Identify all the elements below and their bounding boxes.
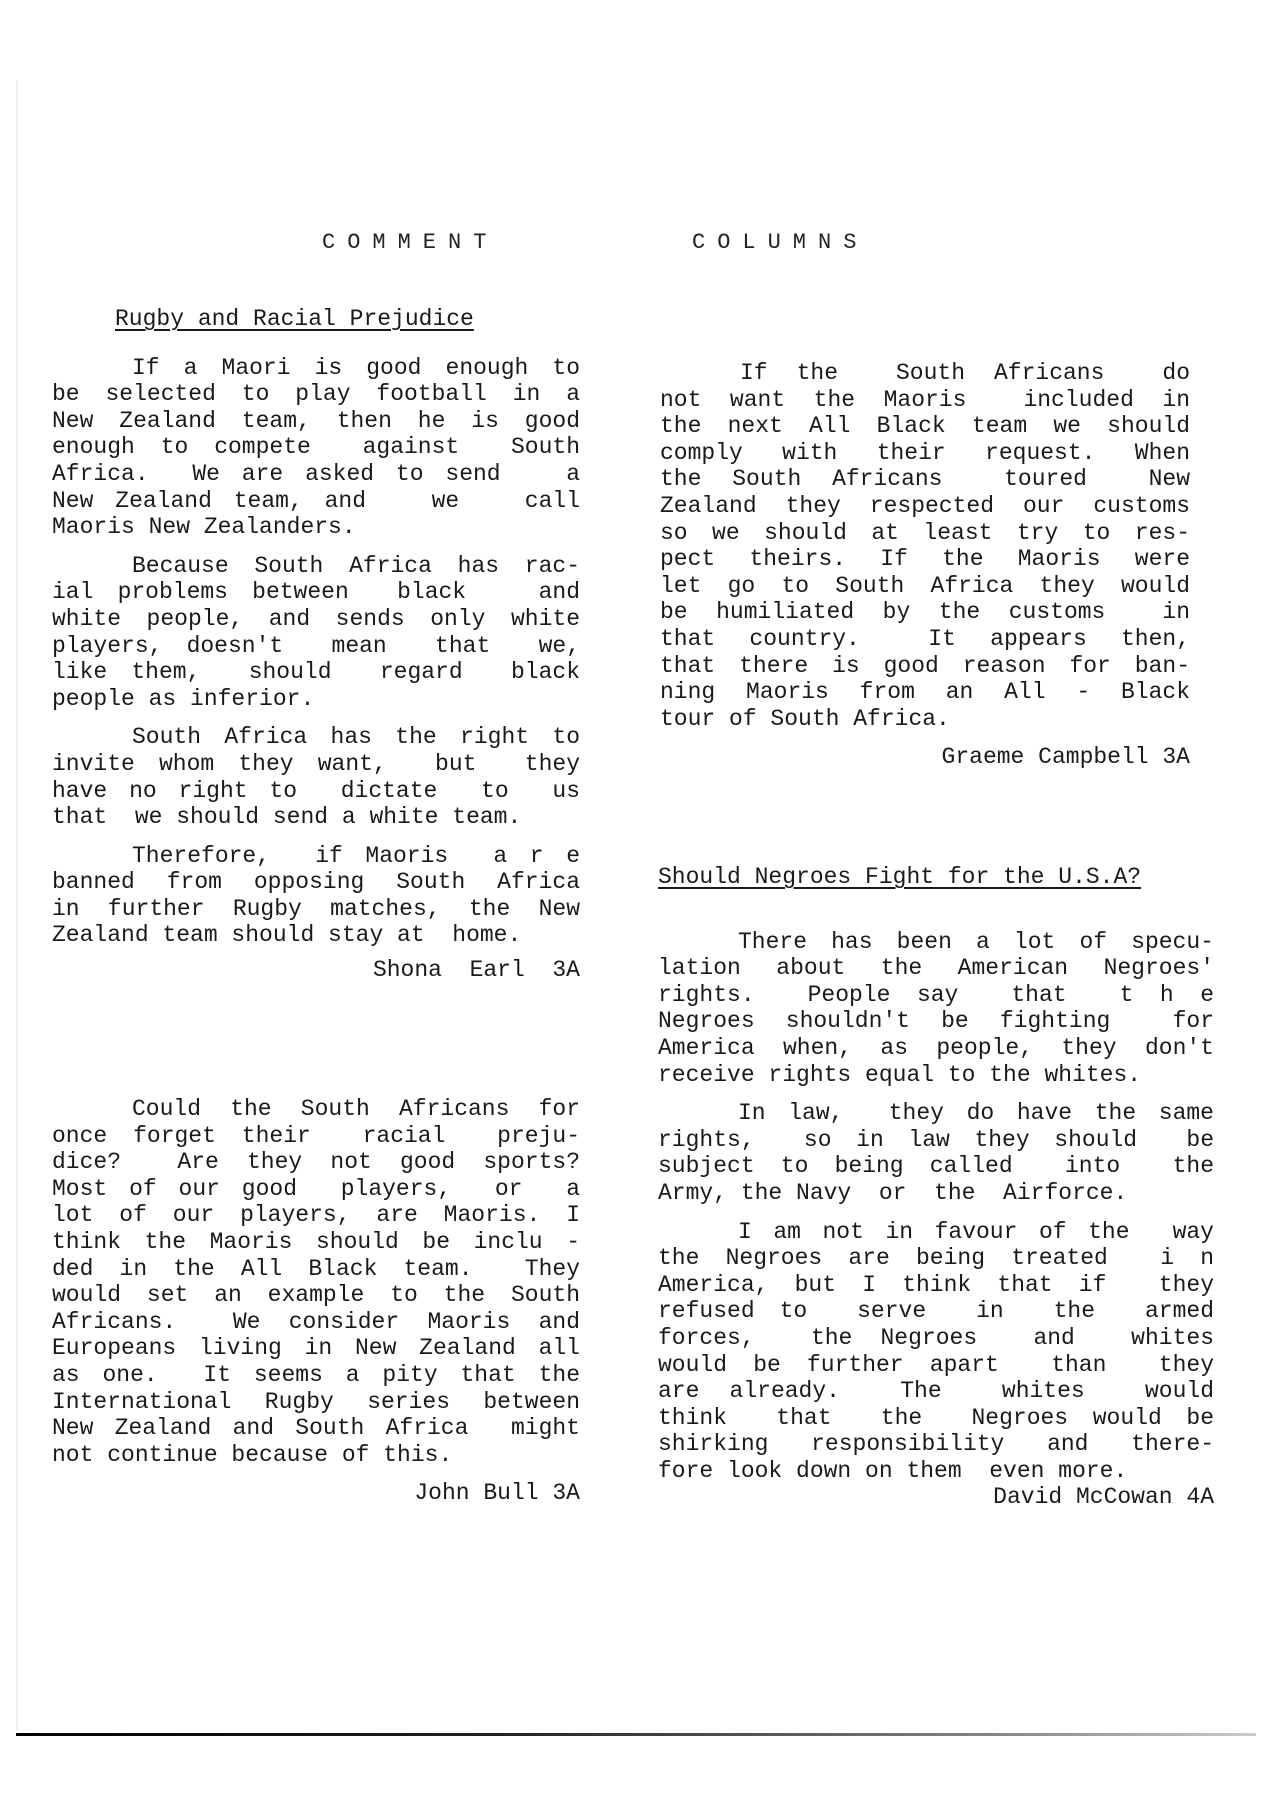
- text-line: I am not in favour of the way: [658, 1219, 1214, 1246]
- paragraph: Therefore, if Maoris a r ebanned from op…: [52, 843, 580, 949]
- text-line: as one. It seems a pity that the: [52, 1362, 580, 1389]
- text-line: International Rugby series between: [52, 1389, 580, 1416]
- text-line: In law, they do have the same: [658, 1100, 1214, 1127]
- paragraph: If the South Africans donot want the Mao…: [660, 360, 1190, 732]
- text-line: think that the Negroes would be: [658, 1405, 1214, 1432]
- text-line: If the South Africans do: [660, 360, 1190, 387]
- text-line: have no right to dictate to us: [52, 778, 580, 805]
- text-line: lation about the American Negroes': [658, 955, 1214, 982]
- text-line: ded in the All Black team. They: [52, 1256, 580, 1283]
- article-signature: John Bull 3A: [52, 1480, 580, 1507]
- text-line: the South Africans toured New: [660, 466, 1190, 493]
- text-line: be selected to play football in a: [52, 381, 580, 408]
- page-title-left: COMMENT: [322, 230, 498, 255]
- text-line: Zealand team should stay at home.: [52, 922, 580, 949]
- paragraph: South Africa has the right toinvite whom…: [52, 724, 580, 830]
- text-line: the Negroes are being treated i n: [658, 1245, 1214, 1272]
- text-line: America when, as people, they don't: [658, 1035, 1214, 1062]
- text-line: receive rights equal to the whites.: [658, 1062, 1214, 1089]
- paragraph: If a Maori is good enough tobe selected …: [52, 355, 580, 541]
- text-line: comply with their request. When: [660, 440, 1190, 467]
- article-signature: David McCowan 4A: [658, 1484, 1214, 1511]
- text-line: Could the South Africans for: [52, 1096, 580, 1123]
- article-rugby: Rugby and Racial Prejudice If a Maori is…: [52, 306, 580, 984]
- text-line: like them, should regard black: [52, 659, 580, 686]
- text-line: shirking responsibility and there-: [658, 1431, 1214, 1458]
- text-line: lot of our players, are Maoris. I: [52, 1202, 580, 1229]
- text-line: ial problems between black and: [52, 579, 580, 606]
- page-title-right: COLUMNS: [692, 230, 868, 255]
- text-line: dice? Are they not good sports?: [52, 1149, 580, 1176]
- text-line: fore look down on them even more.: [658, 1458, 1214, 1485]
- text-line: ning Maoris from an All - Black: [660, 679, 1190, 706]
- article-body: If a Maori is good enough tobe selected …: [52, 355, 580, 949]
- text-line: Africa. We are asked to send a: [52, 461, 580, 488]
- paragraph: I am not in favour of the waythe Negroes…: [658, 1219, 1214, 1485]
- scan-edge: [16, 80, 18, 1730]
- text-line: New Zealand and South Africa might: [52, 1415, 580, 1442]
- text-line: rights, so in law they should be: [658, 1127, 1214, 1154]
- text-line: Africans. We consider Maoris and: [52, 1309, 580, 1336]
- text-line: enough to compete against South: [52, 434, 580, 461]
- article-negroes: Should Negroes Fight for the U.S.A? Ther…: [658, 864, 1224, 1511]
- text-line: tour of South Africa.: [660, 706, 1190, 733]
- article-signature: Shona Earl 3A: [52, 957, 580, 984]
- text-line: that there is good reason for ban-: [660, 653, 1190, 680]
- text-line: that country. It appears then,: [660, 626, 1190, 653]
- text-line: America, but I think that if they: [658, 1272, 1214, 1299]
- article-body: Could the South Africans foronce forget …: [52, 1096, 580, 1468]
- text-line: Because South Africa has rac-: [52, 553, 580, 580]
- text-line: rights. People say that t h e: [658, 982, 1214, 1009]
- text-line: not continue because of this.: [52, 1442, 580, 1469]
- text-line: South Africa has the right to: [52, 724, 580, 751]
- text-line: New Zealand team, and we call: [52, 488, 580, 515]
- article-heading: Should Negroes Fight for the U.S.A?: [658, 864, 1224, 891]
- text-line: the next All Black team we should: [660, 413, 1190, 440]
- text-line: If a Maori is good enough to: [52, 355, 580, 382]
- text-line: forces, the Negroes and whites: [658, 1325, 1214, 1352]
- text-line: would set an example to the South: [52, 1282, 580, 1309]
- text-line: New Zealand team, then he is good: [52, 408, 580, 435]
- article-signature: Graeme Campbell 3A: [660, 744, 1190, 771]
- text-line: refused to serve in the armed: [658, 1298, 1214, 1325]
- article-body: If the South Africans donot want the Mao…: [660, 360, 1190, 732]
- text-line: Maoris New Zealanders.: [52, 514, 580, 541]
- text-line: Therefore, if Maoris a r e: [52, 843, 580, 870]
- bottom-rule: [16, 1733, 1256, 1736]
- text-line: be humiliated by the customs in: [660, 599, 1190, 626]
- text-line: Most of our good players, or a: [52, 1176, 580, 1203]
- text-line: once forget their racial preju-: [52, 1123, 580, 1150]
- paragraph: Because South Africa has rac-ial problem…: [52, 553, 580, 713]
- text-line: There has been a lot of specu-: [658, 929, 1214, 956]
- article-heading: Rugby and Racial Prejudice: [115, 306, 580, 333]
- text-line: in further Rugby matches, the New: [52, 896, 580, 923]
- paragraph: There has been a lot of specu-lation abo…: [658, 929, 1214, 1089]
- text-line: Europeans living in New Zealand all: [52, 1335, 580, 1362]
- article-south-africans-forget: Could the South Africans foronce forget …: [52, 1096, 580, 1507]
- text-line: white people, and sends only white: [52, 606, 580, 633]
- text-line: let go to South Africa they would: [660, 573, 1190, 600]
- text-line: not want the Maoris included in: [660, 387, 1190, 414]
- text-line: Army, the Navy or the Airforce.: [658, 1180, 1214, 1207]
- text-line: Negroes shouldn't be fighting for: [658, 1008, 1214, 1035]
- text-line: Zealand they respected our customs: [660, 493, 1190, 520]
- text-line: people as inferior.: [52, 686, 580, 713]
- text-line: pect theirs. If the Maoris were: [660, 546, 1190, 573]
- text-line: so we should at least try to res-: [660, 520, 1190, 547]
- text-line: think the Maoris should be inclu -: [52, 1229, 580, 1256]
- article-comply-request: If the South Africans donot want the Mao…: [660, 360, 1190, 771]
- paragraph: Could the South Africans foronce forget …: [52, 1096, 580, 1468]
- text-line: that we should send a white team.: [52, 804, 580, 831]
- text-line: banned from opposing South Africa: [52, 869, 580, 896]
- text-line: invite whom they want, but they: [52, 751, 580, 778]
- text-line: subject to being called into the: [658, 1153, 1214, 1180]
- text-line: would be further apart than they: [658, 1352, 1214, 1379]
- text-line: are already. The whites would: [658, 1378, 1214, 1405]
- text-line: players, doesn't mean that we,: [52, 633, 580, 660]
- article-body: There has been a lot of specu-lation abo…: [658, 929, 1214, 1485]
- paragraph: In law, they do have the samerights, so …: [658, 1100, 1214, 1206]
